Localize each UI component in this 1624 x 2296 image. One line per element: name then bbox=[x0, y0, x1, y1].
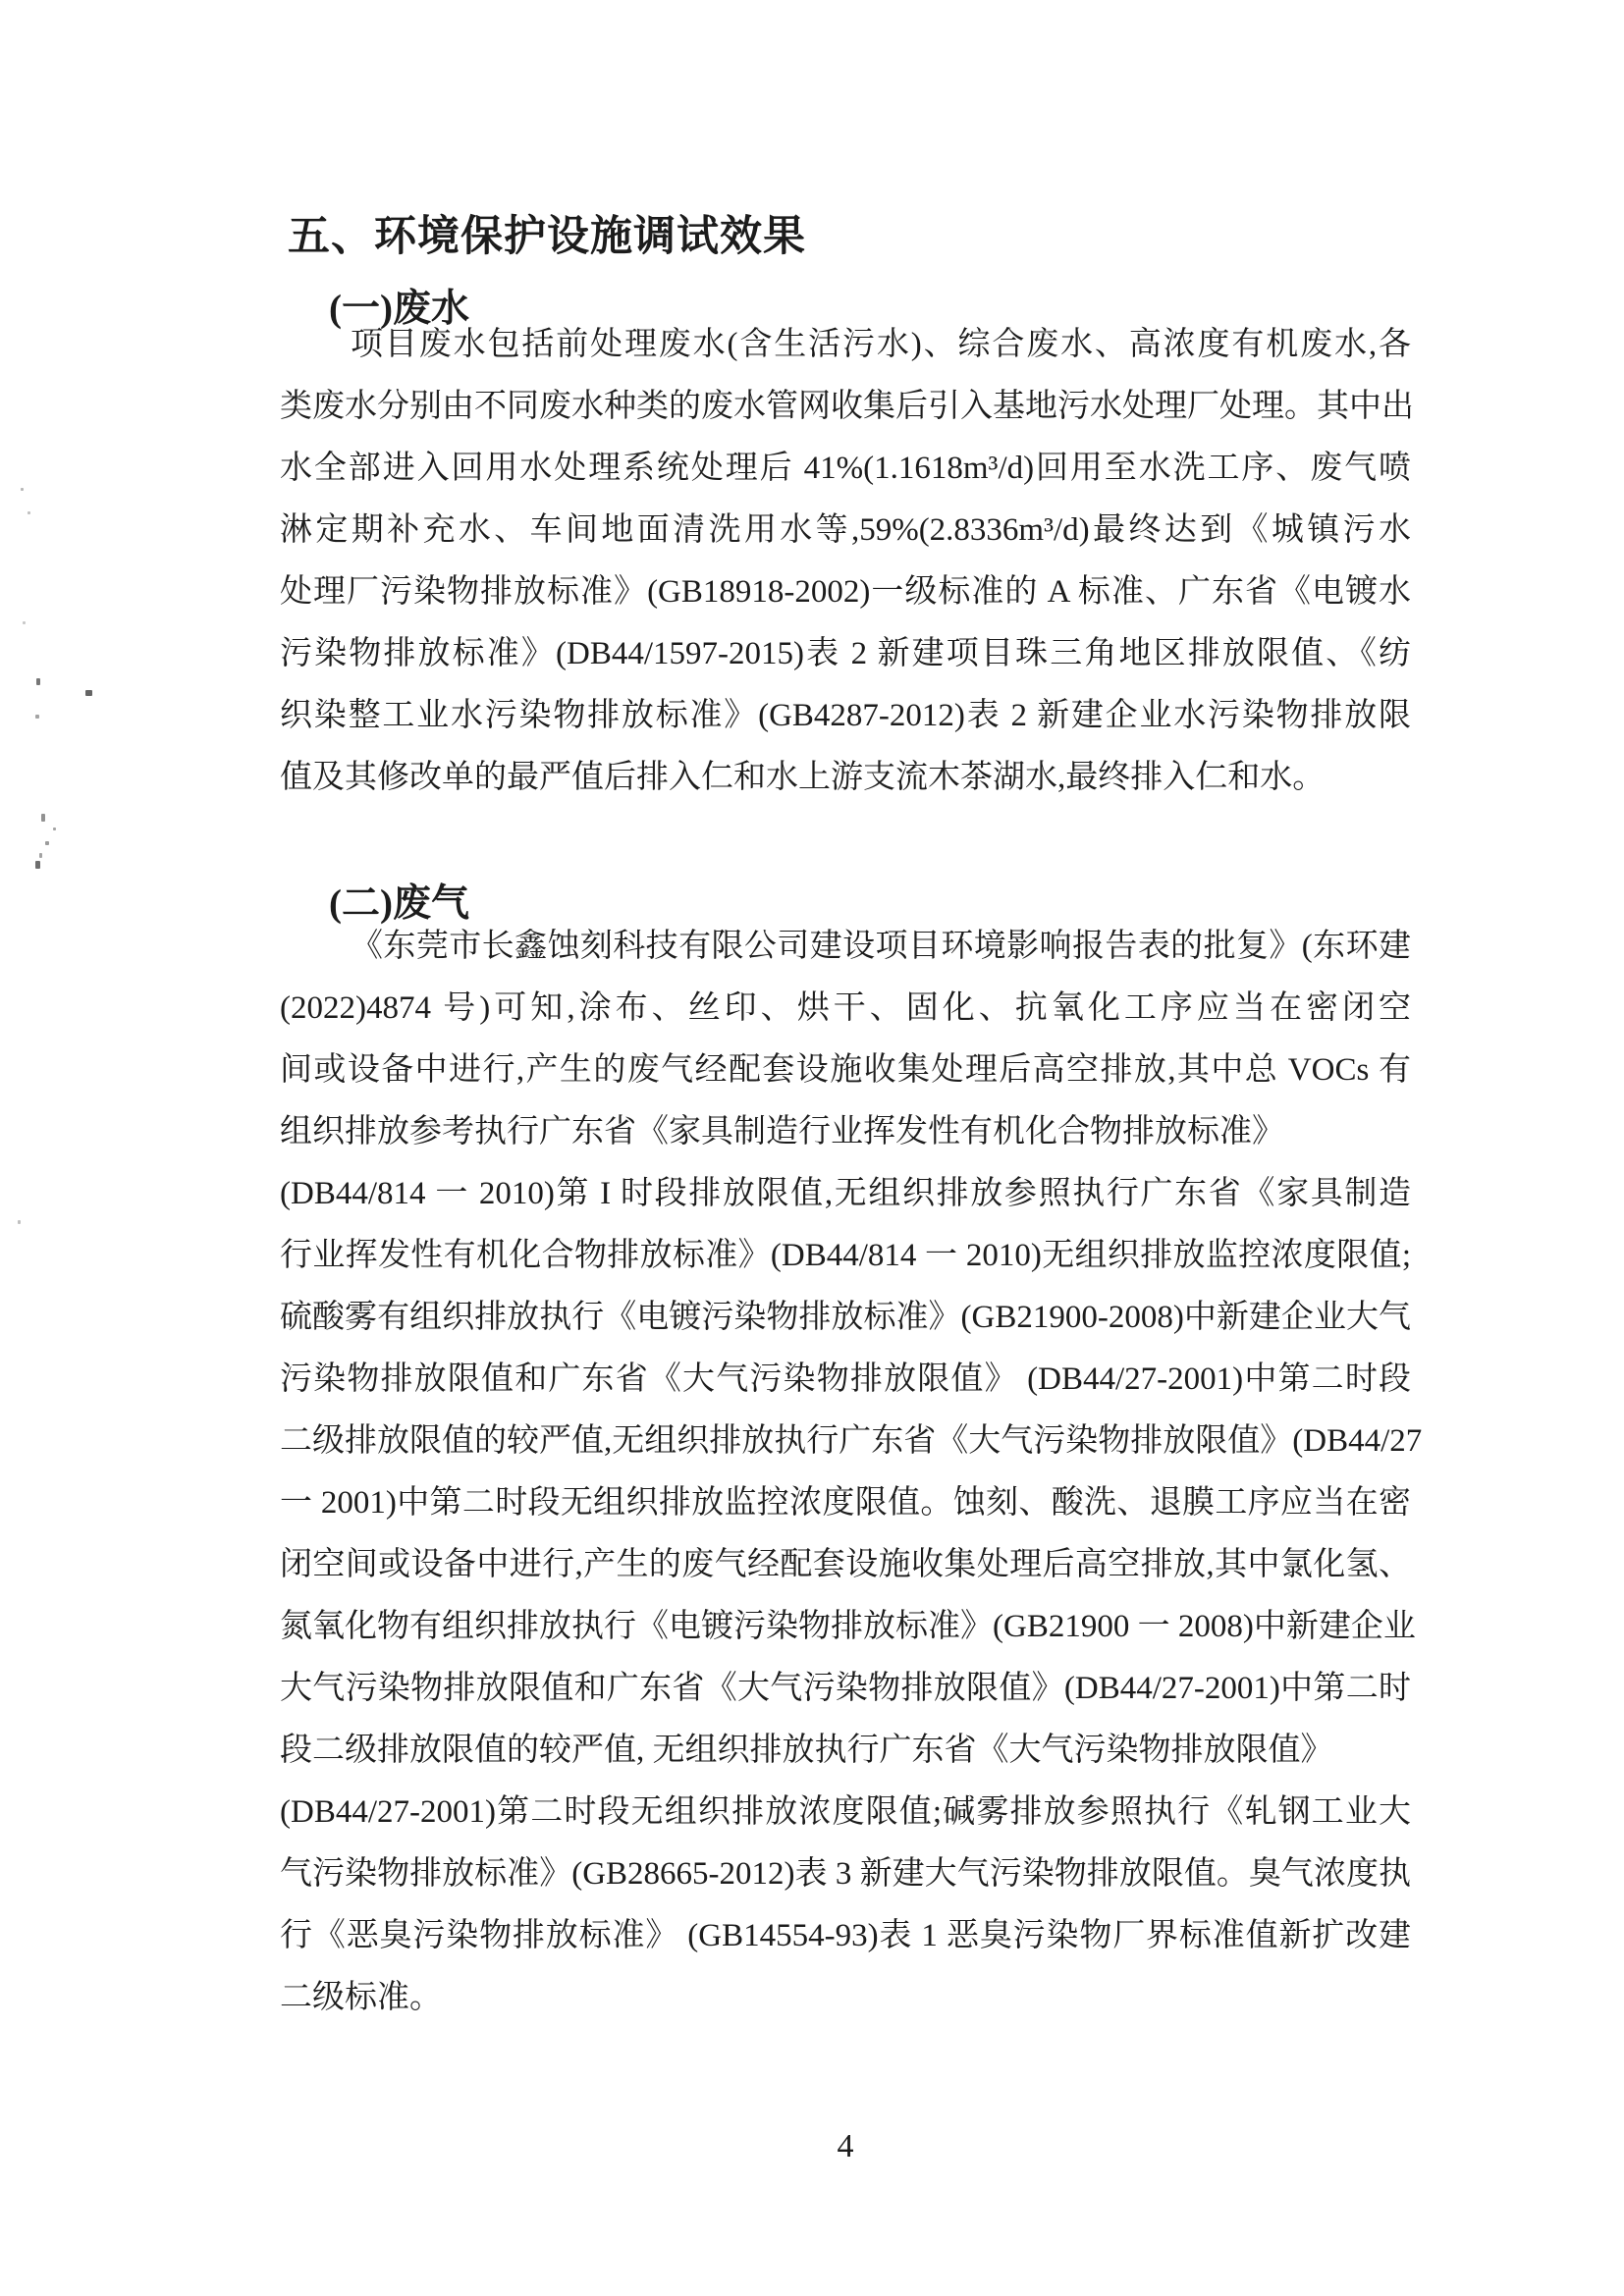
text-line: 大气污染物排放限值和广东省《大气污染物排放限值》(DB44/27-2001)中第… bbox=[280, 1658, 1411, 1720]
scanned-document-page: 五、环境保护设施调试效果 (一)废水 项目废水包括前处理废水(含生活污水)、综合… bbox=[0, 0, 1624, 2296]
scan-speckle bbox=[18, 1220, 21, 1224]
scan-speckle bbox=[53, 828, 56, 830]
scan-speckle bbox=[35, 861, 40, 869]
text-line: 处理厂污染物排放标准》(GB18918-2002)一级标准的 A 标准、广东省《… bbox=[280, 561, 1411, 623]
paragraph-wastewater: 项目废水包括前处理废水(含生活污水)、综合废水、高浓度有机废水,各 类废水分别由… bbox=[280, 314, 1411, 809]
text-line: 硫酸雾有组织排放执行《电镀污染物排放标准》(GB21900-2008)中新建企业… bbox=[280, 1287, 1411, 1349]
page-number: 4 bbox=[280, 2130, 1411, 2163]
text-line: 织染整工业水污染物排放标准》(GB4287-2012)表 2 新建企业水污染物排… bbox=[280, 685, 1411, 747]
paragraph-wastegas: 《东莞市长鑫蚀刻科技有限公司建设项目环境影响报告表的批复》(东环建 (2022)… bbox=[280, 916, 1411, 2029]
text-line: 《东莞市长鑫蚀刻科技有限公司建设项目环境影响报告表的批复》(东环建 bbox=[280, 916, 1411, 978]
text-line: 气污染物排放标准》(GB28665-2012)表 3 新建大气污染物排放限值。臭… bbox=[280, 1843, 1411, 1905]
text-line: 污染物排放标准》(DB44/1597-2015)表 2 新建项目珠三角地区排放限… bbox=[280, 623, 1411, 685]
text-line: 一 2001)中第二时段无组织排放监控浓度限值。蚀刻、酸洗、退膜工序应当在密 bbox=[280, 1472, 1411, 1534]
scan-speckle bbox=[45, 841, 49, 845]
text-line: 污染物排放限值和广东省《大气污染物排放限值》 (DB44/27-2001)中第二… bbox=[280, 1349, 1411, 1411]
scan-speckle bbox=[36, 678, 40, 685]
text-line: 段二级排放限值的较严值, 无组织排放执行广东省《大气污染物排放限值》 bbox=[280, 1720, 1411, 1782]
text-line: (DB44/814 一 2010)第 I 时段排放限值,无组织排放参照执行广东省… bbox=[280, 1163, 1411, 1225]
scan-speckle bbox=[39, 853, 42, 858]
text-line: 项目废水包括前处理废水(含生活污水)、综合废水、高浓度有机废水,各 bbox=[280, 314, 1411, 376]
text-line: 组织排放参考执行广东省《家具制造行业挥发性有机化合物排放标准》 bbox=[280, 1101, 1411, 1163]
scan-speckle bbox=[85, 690, 92, 696]
text-line: 类废水分别由不同废水种类的废水管网收集后引入基地污水处理厂处理。其中出 bbox=[280, 376, 1411, 438]
document-title: 五、环境保护设施调试效果 bbox=[288, 216, 806, 258]
scan-speckle bbox=[35, 715, 39, 719]
text-line: 二级排放限值的较严值,无组织排放执行广东省《大气污染物排放限值》(DB44/27 bbox=[280, 1411, 1411, 1472]
scan-speckle bbox=[41, 814, 45, 822]
text-line: 二级标准。 bbox=[280, 1967, 1411, 2029]
text-line: 淋定期补充水、车间地面清洗用水等,59%(2.8336m³/d)最终达到《城镇污… bbox=[280, 500, 1411, 561]
text-line: 闭空间或设备中进行,产生的废气经配套设施收集处理后高空排放,其中氯化氢、 bbox=[280, 1534, 1411, 1596]
scan-speckle bbox=[27, 511, 30, 514]
scan-speckle bbox=[21, 488, 24, 491]
text-line: 间或设备中进行,产生的废气经配套设施收集处理后高空排放,其中总 VOCs 有 bbox=[280, 1040, 1411, 1101]
text-line: 行《恶臭污染物排放标准》 (GB14554-93)表 1 恶臭污染物厂界标准值新… bbox=[280, 1905, 1411, 1967]
text-line: (DB44/27-2001)第二时段无组织排放浓度限值;碱雾排放参照执行《轧钢工… bbox=[280, 1782, 1411, 1843]
text-line: 水全部进入回用水处理系统处理后 41%(1.1618m³/d)回用至水洗工序、废… bbox=[280, 438, 1411, 500]
scan-speckle bbox=[23, 621, 26, 624]
text-line: 氮氧化物有组织排放执行《电镀污染物排放标准》(GB21900 一 2008)中新… bbox=[280, 1596, 1411, 1658]
text-line: 行业挥发性有机化合物排放标准》(DB44/814 一 2010)无组织排放监控浓… bbox=[280, 1225, 1411, 1287]
text-line: (2022)4874 号)可知,涂布、丝印、烘干、固化、抗氧化工序应当在密闭空 bbox=[280, 978, 1411, 1040]
text-line: 值及其修改单的最严值后排入仁和水上游支流木茶湖水,最终排入仁和水。 bbox=[280, 747, 1411, 809]
